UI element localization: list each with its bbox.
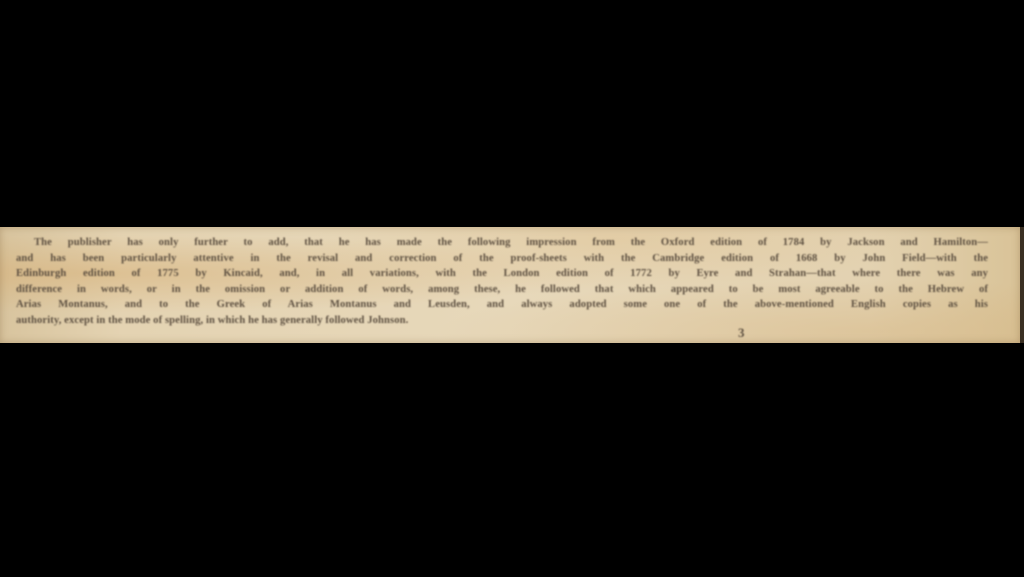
paragraph-line-6: authority, except in the mode of spellin… bbox=[16, 313, 988, 329]
paragraph-line-1: The publisher has only further to add, t… bbox=[16, 235, 988, 251]
paragraph-line-5: Arias Montanus, and to the Greek of Aria… bbox=[16, 297, 988, 313]
scanned-page-strip: The publisher has only further to add, t… bbox=[0, 227, 1020, 343]
paragraph-line-2: and has been particularly attentive in t… bbox=[16, 251, 988, 267]
paragraph-line-3: Edinburgh edition of 1775 by Kincaid, an… bbox=[16, 266, 988, 282]
paragraph-line-4: difference in words, or in the omission … bbox=[16, 282, 988, 298]
page-number: 3 bbox=[738, 325, 745, 341]
publisher-note-paragraph: The publisher has only further to add, t… bbox=[16, 235, 988, 329]
